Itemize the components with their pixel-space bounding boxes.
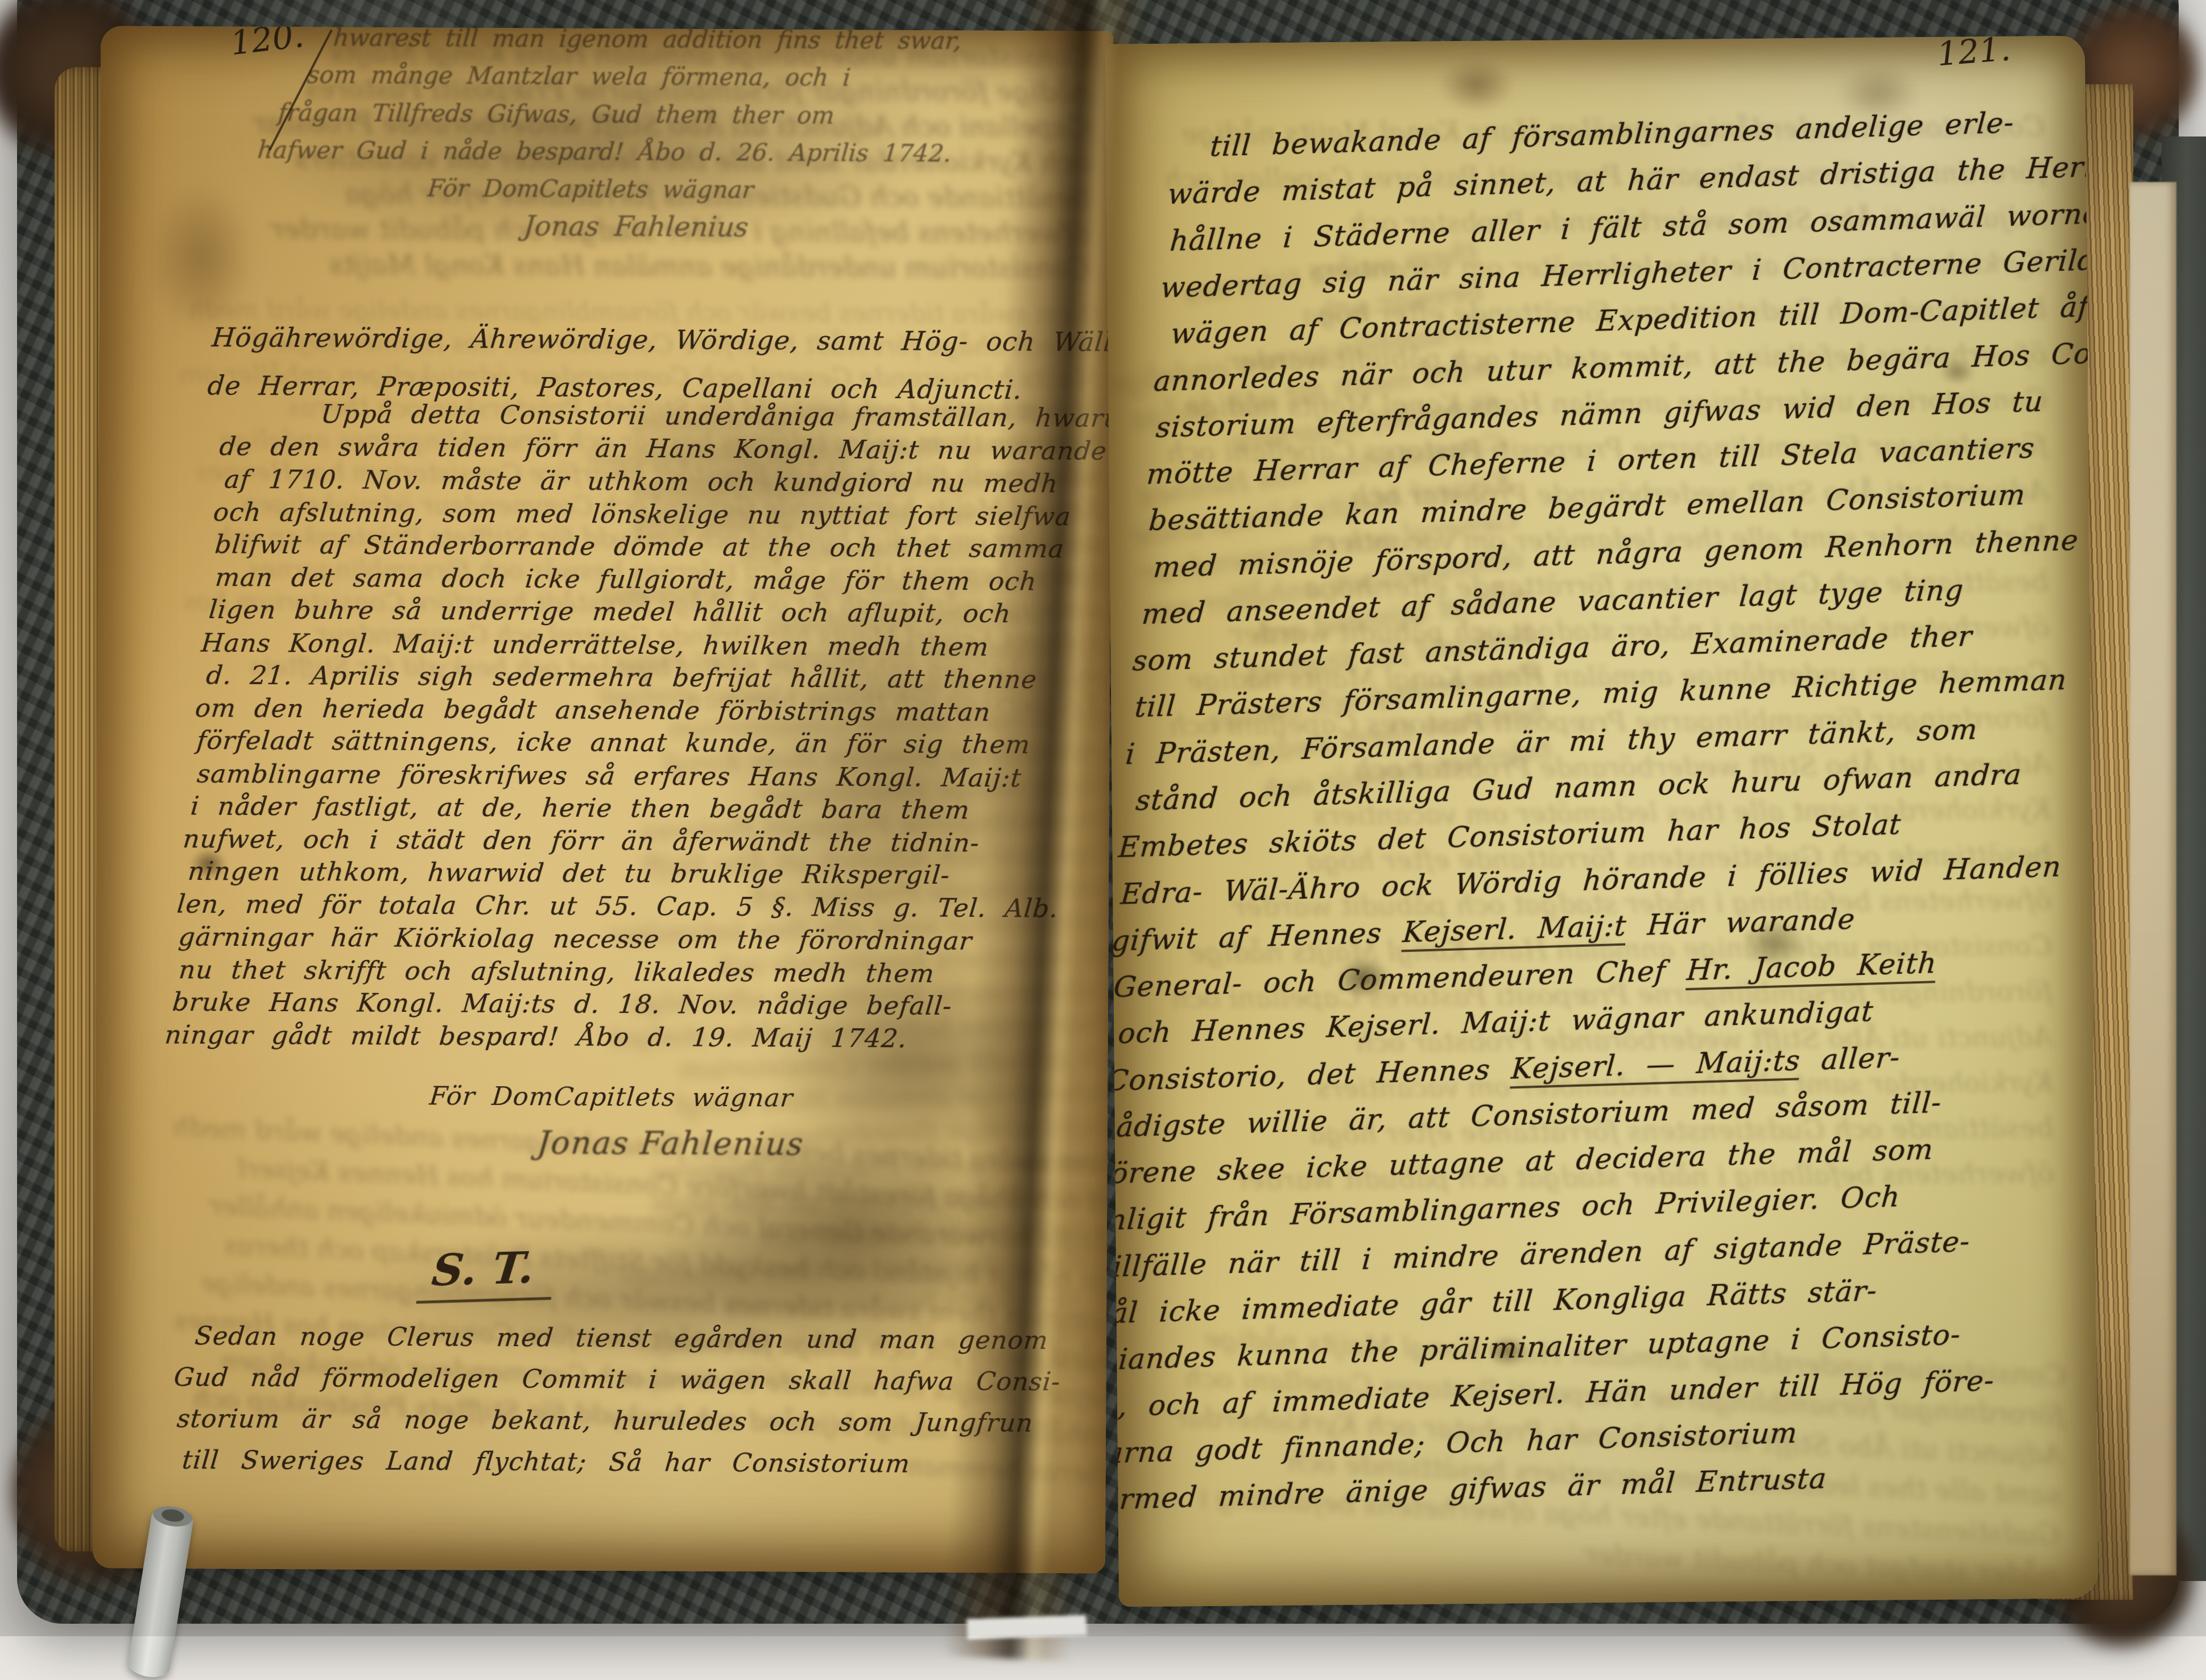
next-letter-opening-block: Sedan noge Clerus med tienst egården und… [171,1316,1113,1486]
handwritten-line: Sedan noge Clerus med tienst egården und… [193,1316,1113,1362]
stain [147,183,253,334]
handwritten-line: samblingarne föreskrifwes så erfares Han… [196,757,1105,795]
previous-entry-closing-block: hwarest till man igenom addition fins th… [235,26,1098,248]
handwritten-line: af 1710. Nov. måste är uthkom och kundgi… [223,463,1113,500]
handwritten-line: bruke Hans Kongl. Maij:ts d. 18. Nov. nå… [171,986,1084,1023]
section-heading: S. T. [416,1242,557,1304]
handwritten-line: Uppå detta Consistorii underdåniga frams… [226,398,1113,435]
photo-backdrop: Consistorium underdånige anmälan Hans Ko… [0,0,2206,1636]
underlined-phrase: Kejserl. Maij:t [1402,909,1628,953]
handwritten-line: frågan Tillfreds Gifwas, Gud them ther o… [276,94,1090,135]
handwritten-line: ligen buhre så underrige medel hållit oc… [208,593,1113,631]
handwritten-line: blifwit af Ständerborrande dömde at the … [213,528,1113,565]
handwritten-line: i nåder fastligt, at de, herie then begå… [189,789,1102,827]
handwritten-line: Jonas Fahlenius [522,208,1080,248]
handwritten-line: Hans Kongl. Maij:t underrättelse, hwilke… [200,626,1113,664]
closing-line: För DomCapitlets wägnar [428,1081,795,1112]
handwritten-line: För DomCapitlets wägnar [426,169,1084,210]
stain [1438,57,1515,112]
handwritten-line: förfeladt sättningens, icke annat kunde,… [195,724,1108,762]
handwritten-line: Gud nåd förmodeligen Commit i wägen skal… [172,1358,1113,1404]
handwritten-line: nu thet skrifft och afslutning, likalede… [177,953,1087,991]
handwritten-line: nufwet, och i städt den förr än åferwänd… [181,822,1099,860]
handwritten-line: d. 21. Aprilis sigh sedermehra befrijat … [205,659,1113,696]
letter-body-block: till bewakande af församblingarnes andel… [1105,98,2045,1524]
handwritten-line: hafwer Gud i nåde bespard! Åbo d. 26. Ap… [256,131,1087,173]
backdrop-gap [966,1615,1087,1636]
letter-body-block: Uppå detta Consistorii underdåniga frams… [168,398,1113,1056]
underlined-phrase: Kejserl. — Maij:ts [1510,1044,1802,1089]
handwritten-line: ningar gådt mildt bespard! Åbo d. 19. Ma… [163,1018,1081,1056]
handwritten-line: till Sweriges Land flychtat; Så har Cons… [180,1440,1113,1486]
handwritten-line: man det sama doch icke fullgiordt, måge … [214,561,1113,598]
page-right[interactable]: Consistorium underdånige anmälan Hans Ko… [1105,36,2098,1607]
underlined-phrase: Hr. Jacob Keith [1686,946,1938,990]
fore-edge-outer-leaf [2130,182,2176,1575]
signature: Jonas Fahlenius [536,1124,805,1162]
handwritten-line: storium är så noge bekant, huruledes och… [175,1398,1113,1445]
handwritten-line: om den herieda begådt ansehende förbistr… [194,692,1112,729]
handwritten-line: Högährewördige, Ährewördige, Wördige, sa… [210,313,1113,366]
handwritten-line: len, med för totala Chr. ut 55. Cap. 5 §… [176,888,1093,925]
handwritten-line: som månge Mantzlar wela förmena, och i [305,56,1094,98]
page-left[interactable]: Consistorium underdånige anmälan Hans Ko… [93,26,1113,1573]
handwritten-line: ningen uthkom, hwarwid det tu bruklige R… [187,855,1096,892]
page-number-right: 121. [1936,36,2012,74]
handwritten-line: hwarest till man igenom addition fins th… [332,26,1097,60]
handwritten-line: de den swåra tiden förr än Hans Kongl. M… [218,430,1113,467]
handwritten-line: och afslutning, som med lönskelige nu ny… [212,495,1113,533]
handwritten-line: gärningar här Kiörkiolag necesse om the … [177,920,1090,958]
